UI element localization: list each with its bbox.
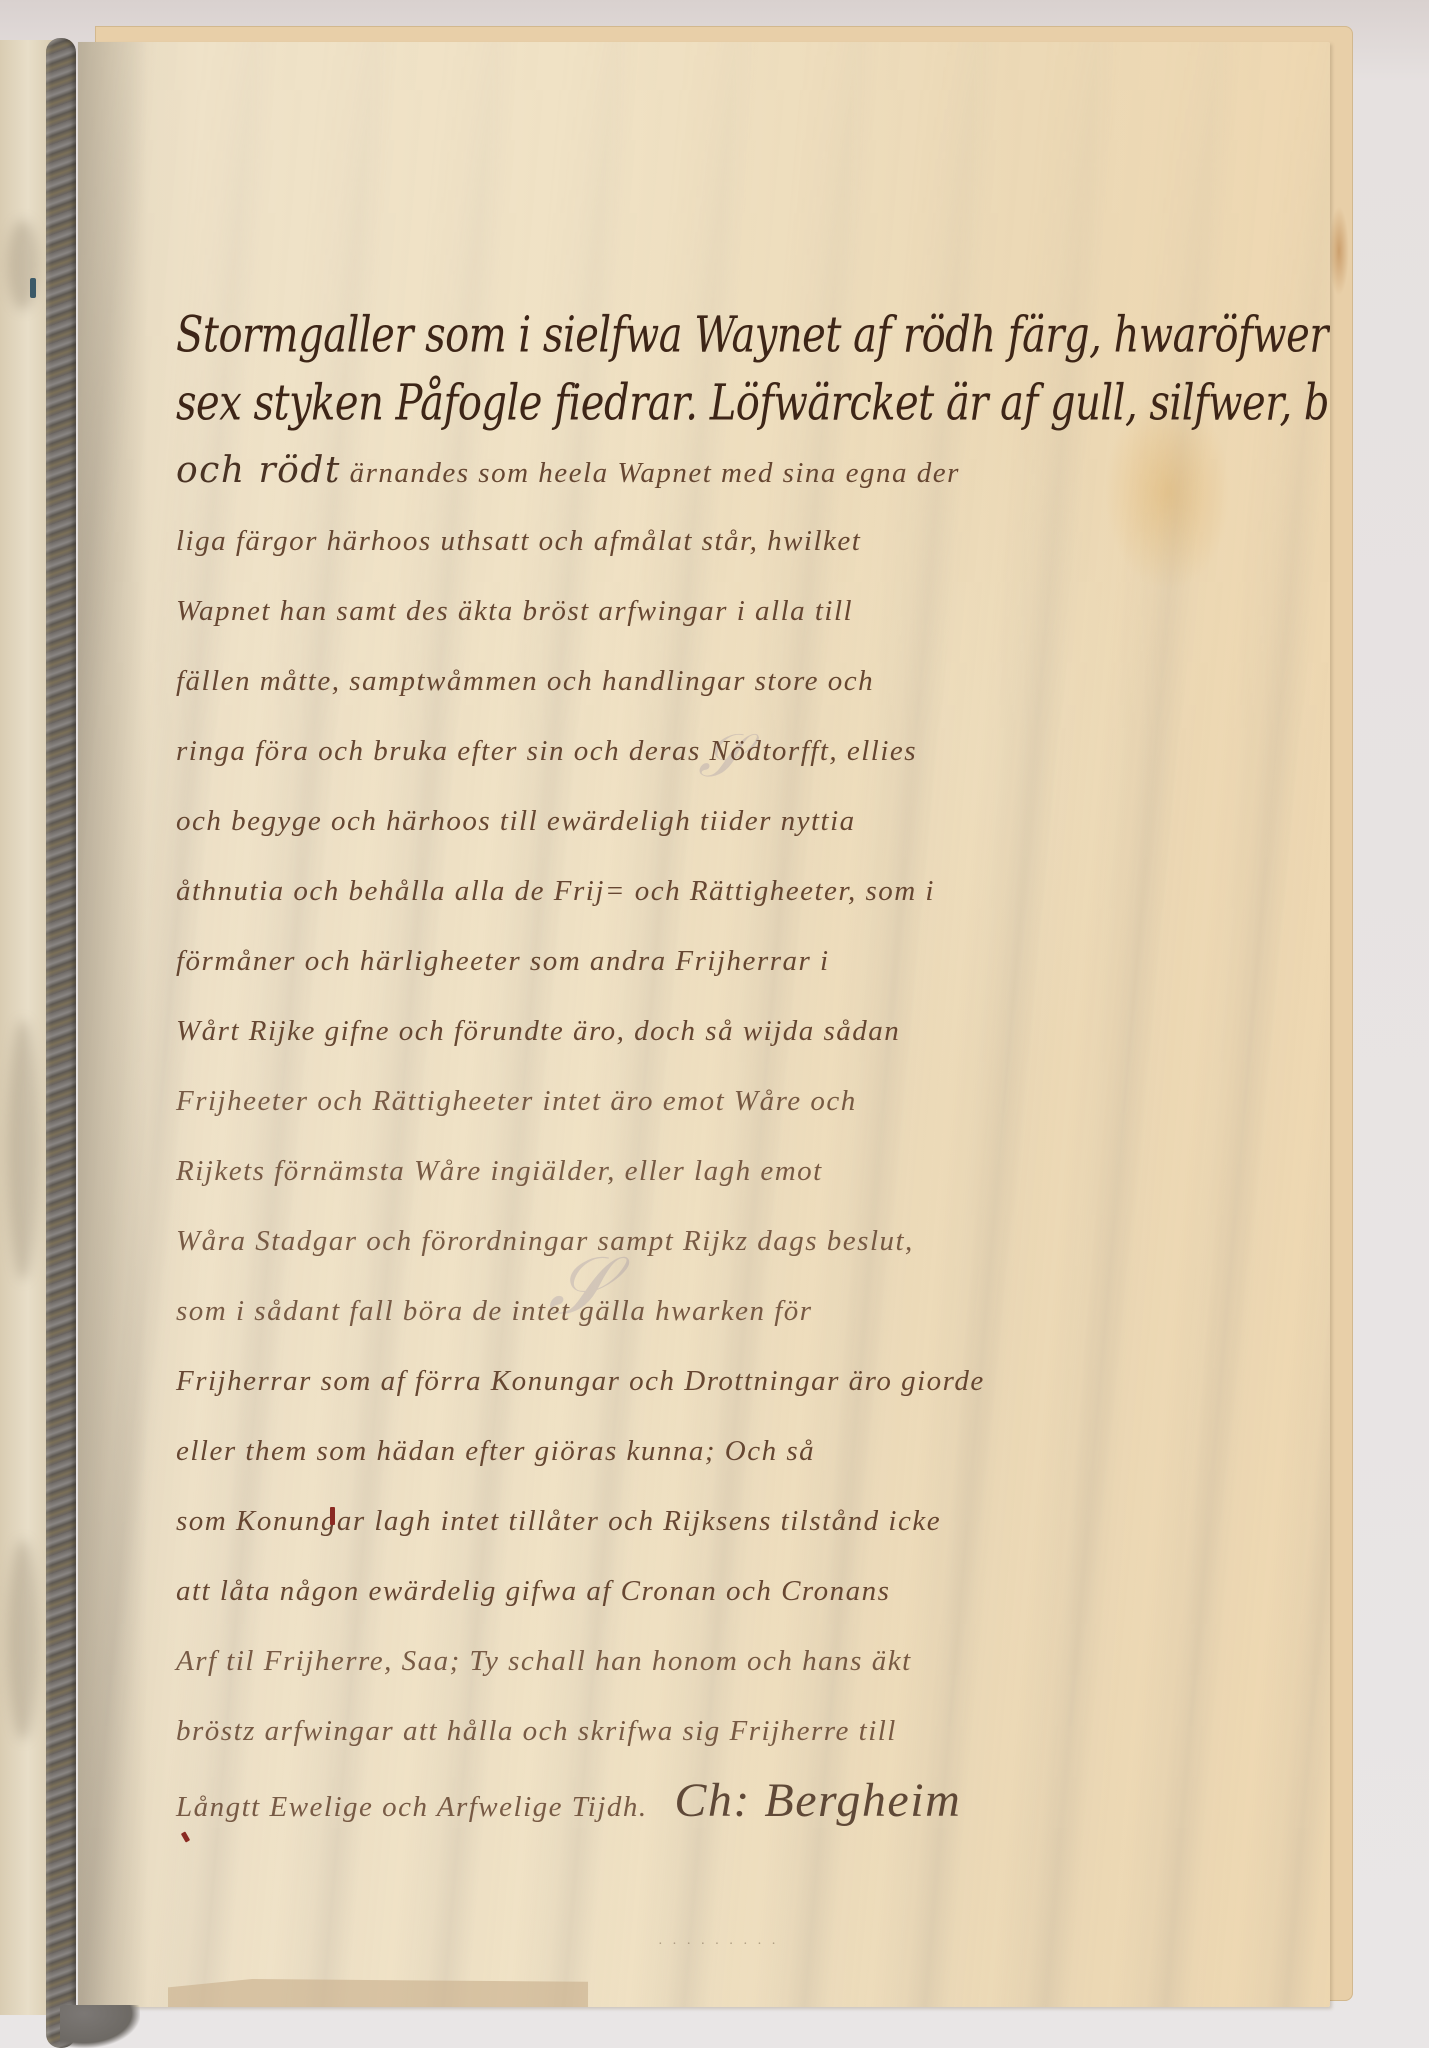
- signature: Ch: Bergheim: [674, 1774, 961, 1827]
- text-line-19: att låta någon ewärdelig gifwa af Cronan…: [176, 1556, 1186, 1626]
- red-wax-mark: [330, 1507, 335, 1525]
- text-line-18: som Konungar lagh intet tillåter och Rij…: [176, 1486, 1186, 1556]
- text-line-21: bröstz arfwingar att hålla och skrifwa s…: [176, 1696, 1186, 1766]
- manuscript-page: 𝒮 𝒮 Stormgaller som i sielfwa Waynet af …: [78, 42, 1330, 2007]
- cord-tassel: [60, 2005, 140, 2048]
- manuscript-text: Stormgaller som i sielfwa Waynet af rödh…: [176, 300, 1186, 1836]
- text-line-17: eller them som hädan efter giöras kunna;…: [176, 1416, 1186, 1486]
- text-line-8: och begyge och härhoos till ewärdeligh t…: [176, 786, 1186, 856]
- torn-bottom-edge: [168, 1979, 588, 2007]
- text-line-3-rest: ärnandes som heela Wapnet med sina egna …: [350, 457, 960, 489]
- text-line-7: ringa föra och bruka efter sin och deras…: [176, 716, 1186, 786]
- text-line-20: Arf til Frijherre, Saa; Ty schall han ho…: [176, 1626, 1186, 1696]
- text-line-9: åthnutia och behålla alla de Frij= och R…: [176, 856, 1186, 926]
- text-line-10: förmåner och härligheeter som andra Frij…: [176, 926, 1186, 996]
- text-line-6: fällen måtte, samptwåmmen och handlingar…: [176, 646, 1186, 716]
- text-line-13: Rijkets förnämsta Wåre ingiälder, eller …: [176, 1136, 1186, 1206]
- blue-ink-mark: [30, 278, 36, 298]
- mold-stain: [8, 1540, 38, 1740]
- text-line-5: Wapnet han samt des äkta bröst arfwingar…: [176, 576, 1186, 646]
- closing-text: Långtt Ewelige och Arfwelige Tijdh.: [176, 1791, 648, 1823]
- text-line-15: som i sådant fall böra de intet gälla hw…: [176, 1276, 1186, 1346]
- text-line-16: Frijherrar som af förra Konungar och Dro…: [176, 1346, 1186, 1416]
- faint-bottom-note: · · · · · · · · ·: [658, 1937, 779, 1953]
- text-line-4: liga färgor härhoos uthsatt och afmålat …: [176, 506, 1186, 576]
- mold-stain: [8, 1020, 38, 1280]
- text-line-3: och rödt ärnandes som heela Wapnet med s…: [176, 436, 1186, 506]
- text-line-3-lead: och rödt: [176, 450, 341, 491]
- text-line-12: Frijheeter och Rättigheeter intet äro em…: [176, 1066, 1186, 1136]
- text-line-2: sex styken Påfogle fiedrar. Löfwärcket ä…: [176, 360, 1186, 445]
- braided-binding-cord: [46, 38, 76, 2048]
- gutter-shadow: [78, 42, 148, 2007]
- text-line-14: Wåra Stadgar och förordningar sampt Rijk…: [176, 1206, 1186, 1276]
- manuscript-photo: 𝒮 𝒮 Stormgaller som i sielfwa Waynet af …: [0, 0, 1429, 2048]
- text-line-11: Wårt Rijke gifne och förundte äro, doch …: [176, 996, 1186, 1066]
- text-line-22: Långtt Ewelige och Arfwelige Tijdh. Ch: …: [176, 1766, 1186, 1836]
